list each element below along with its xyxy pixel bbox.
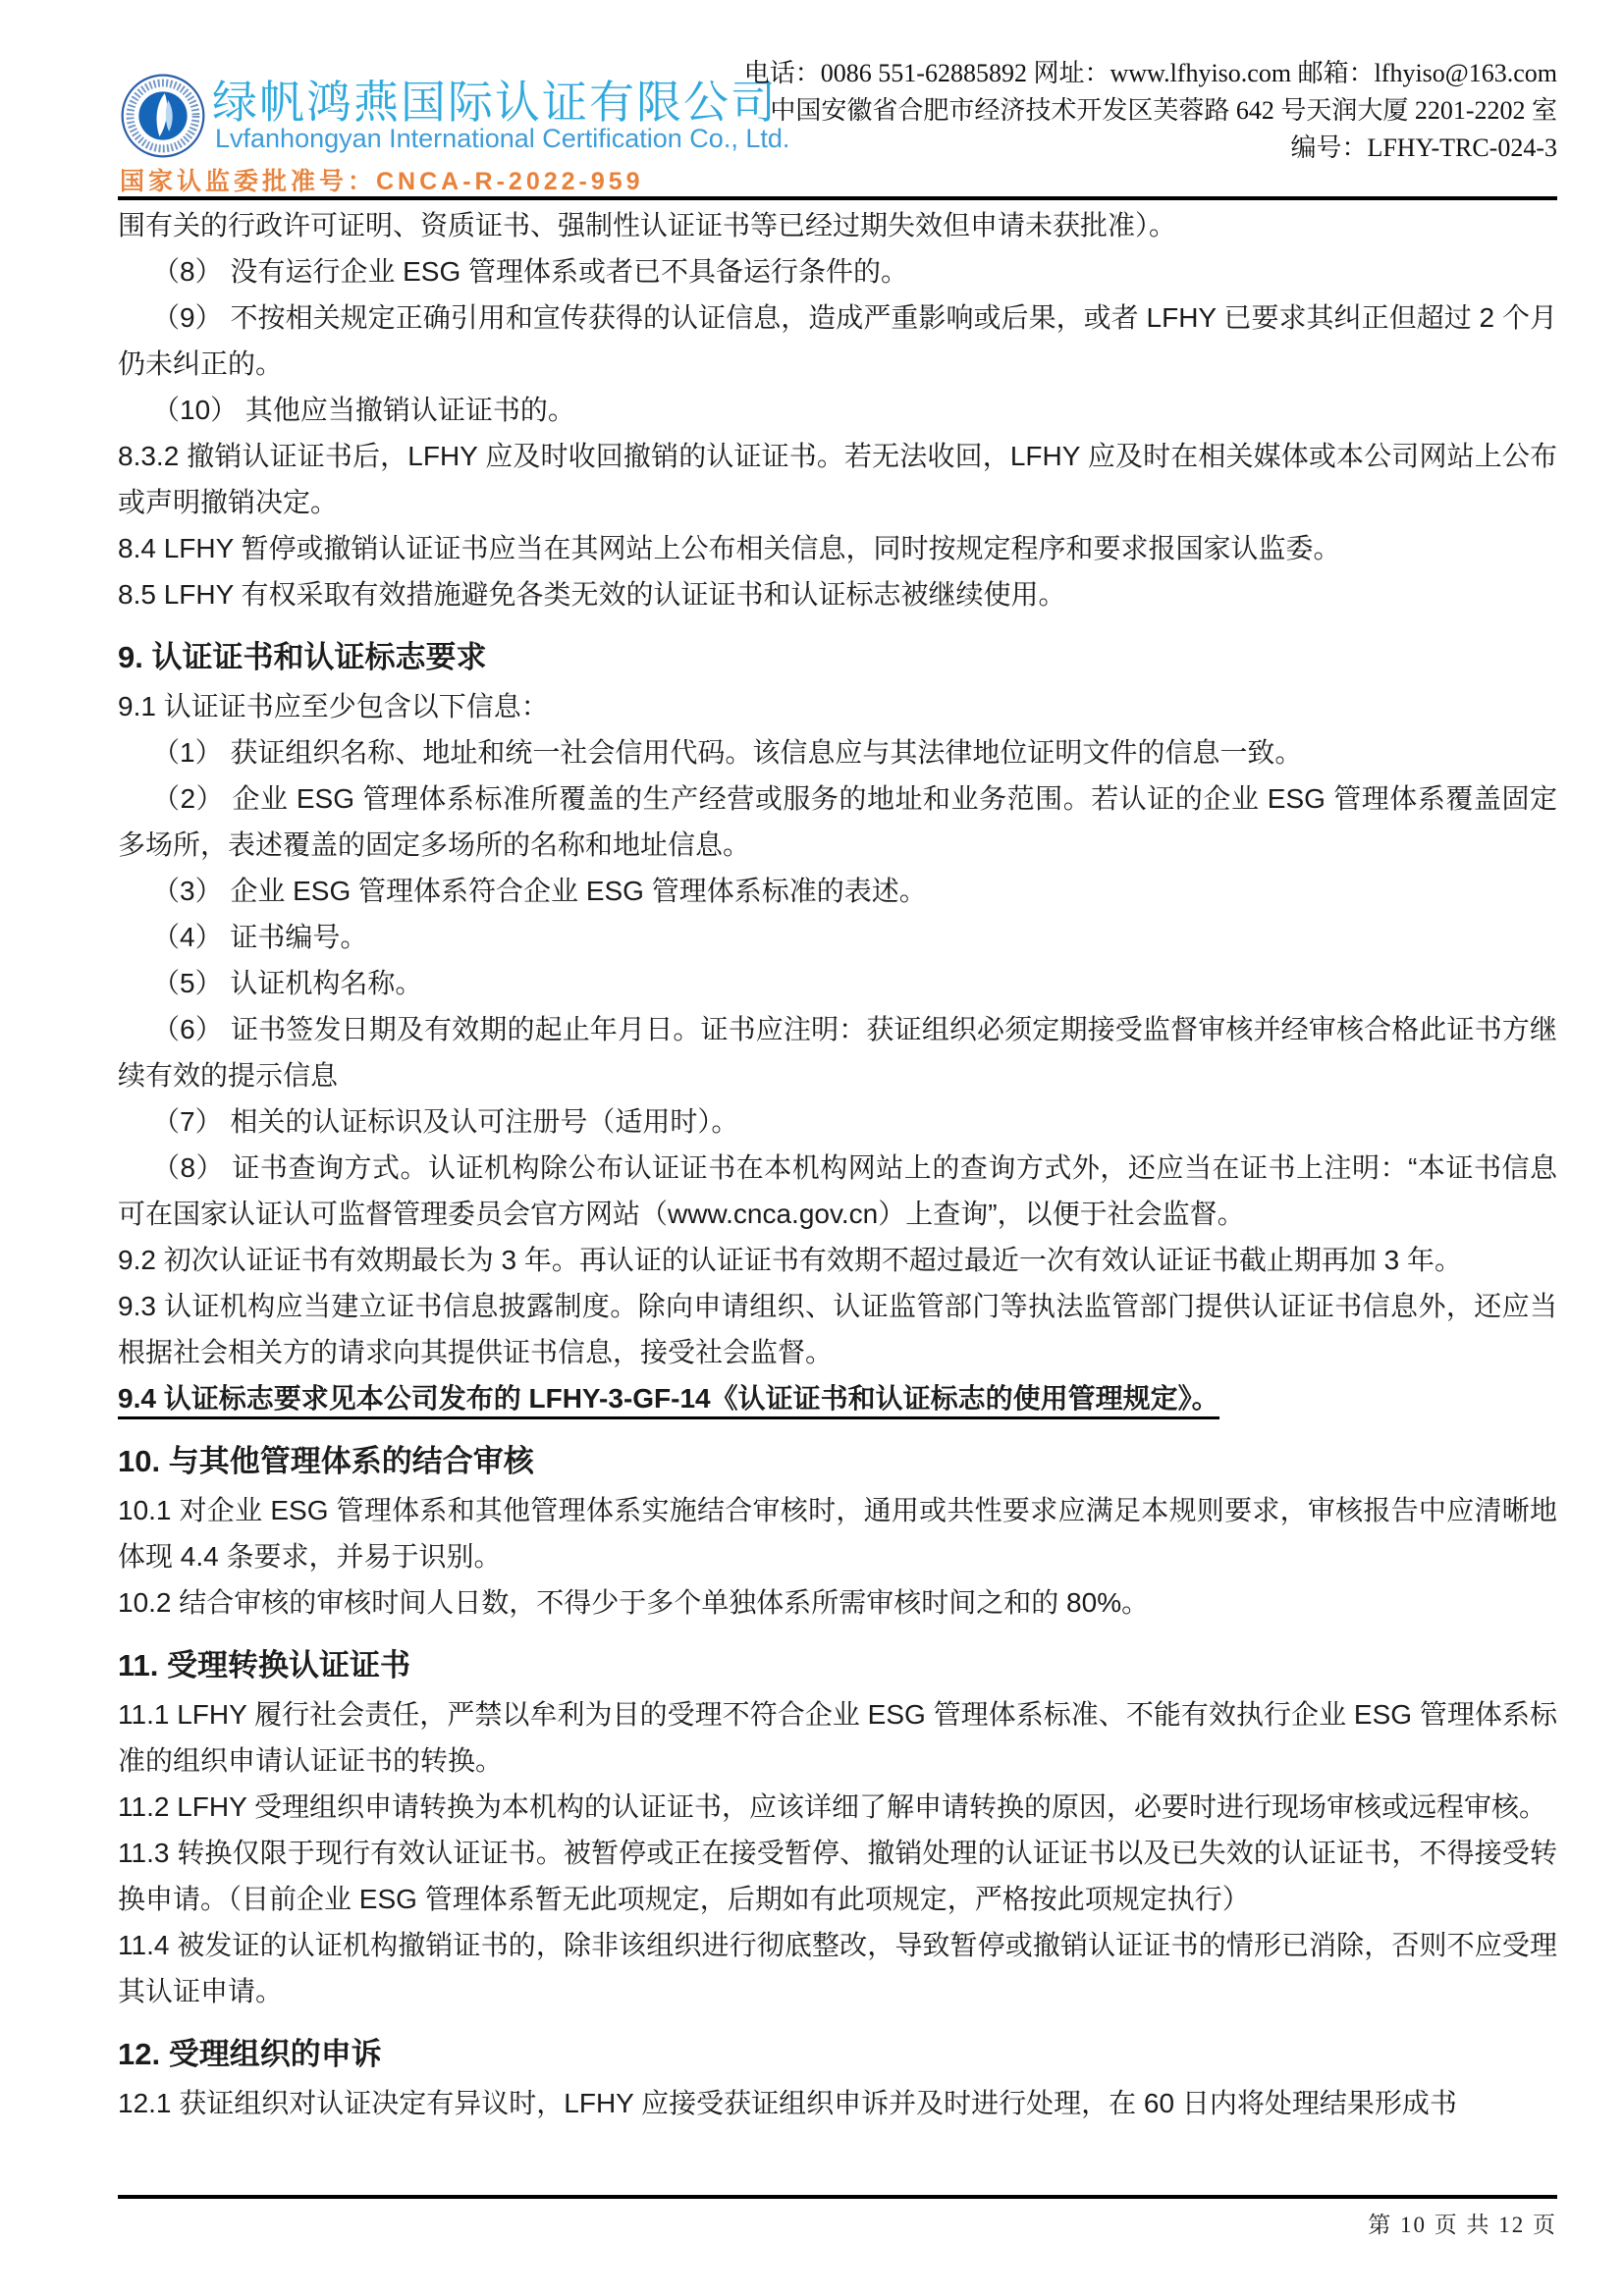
paragraph: 8.5 LFHY 有权采取有效措施避免各类无效的认证证书和认证标志被继续使用。 [118, 571, 1557, 617]
paragraph: 11.4 被发证的认证机构撤销证书的，除非该组织进行彻底整改，导致暂停或撤销认证… [118, 1922, 1557, 2014]
document-body: 围有关的行政许可证明、资质证书、强制性认证证书等已经过期失效但申请未获批准）。（… [118, 202, 1557, 2126]
page-footer: 第 10 页 共 12 页 [118, 2195, 1557, 2239]
company-logo-icon [120, 73, 206, 159]
section-heading: 12. 受理组织的申诉 [118, 2031, 1557, 2077]
company-name-cn: 绿帆鸿燕国际认证有限公司 [212, 67, 778, 132]
paragraph: （2） 企业 ESG 管理体系标准所覆盖的生产经营或服务的地址和业务范围。若认证… [118, 775, 1557, 868]
paragraph: 8.3.2 撤销认证证书后，LFHY 应及时收回撤销的认证证书。若无法收回，LF… [118, 433, 1557, 525]
approval-number: 国家认监委批准号：CNCA-R-2022-959 [120, 162, 644, 197]
paragraph: 围有关的行政许可证明、资质证书、强制性认证证书等已经过期失效但申请未获批准）。 [118, 202, 1557, 248]
paragraph: （6） 证书签发日期及有效期的起止年月日。证书应注明：获证组织必须定期接受监督审… [118, 1006, 1557, 1098]
paragraph: （7） 相关的认证标识及认可注册号（适用时）。 [118, 1098, 1557, 1145]
section-heading: 9. 认证证书和认证标志要求 [118, 634, 1557, 680]
paragraph: （9） 不按相关规定正确引用和宣传获得的认证信息，造成严重影响或后果，或者 LF… [118, 294, 1557, 387]
header-contact-block: 电话：0086 551-62885892 网址：www.lfhyiso.com … [744, 55, 1557, 167]
paragraph: （5） 认证机构名称。 [118, 960, 1557, 1006]
paragraph: 10.2 结合审核的审核时间人日数，不得少于多个单独体系所需审核时间之和的 80… [118, 1579, 1557, 1626]
document-header: 绿帆鸿燕国际认证有限公司 Lvfanhongyan International … [118, 0, 1557, 200]
document-page: 绿帆鸿燕国际认证有限公司 Lvfanhongyan International … [0, 0, 1624, 2296]
underlined-text: 9.4 认证标志要求见本公司发布的 LFHY-3-GF-14《认证证书和认证标志… [118, 1383, 1219, 1419]
paragraph: 11.2 LFHY 受理组织申请转换为本机构的认证证书，应该详细了解申请转换的原… [118, 1784, 1557, 1830]
paragraph: 11.1 LFHY 履行社会责任，严禁以牟利为目的受理不符合企业 ESG 管理体… [118, 1691, 1557, 1784]
paragraph: 9.3 认证机构应当建立证书信息披露制度。除向申请组织、认证监管部门等执法监管部… [118, 1283, 1557, 1375]
paragraph: 12.1 获证组织对认证决定有异议时，LFHY 应接受获证组织申诉并及时进行处理… [118, 2080, 1557, 2126]
paragraph: （8） 没有运行企业 ESG 管理体系或者已不具备运行条件的。 [118, 248, 1557, 294]
paragraph: 9.4 认证标志要求见本公司发布的 LFHY-3-GF-14《认证证书和认证标志… [118, 1375, 1557, 1421]
address-line: 中国安徽省合肥市经济技术开发区芙蓉路 642 号天润大厦 2201-2202 室 [744, 92, 1557, 130]
section-heading: 10. 与其他管理体系的结合审核 [118, 1438, 1557, 1484]
paragraph: 8.4 LFHY 暂停或撤销认证证书应当在其网站上公布相关信息，同时按规定程序和… [118, 525, 1557, 571]
company-name-en: Lvfanhongyan International Certification… [215, 124, 789, 154]
page-number: 第 10 页 共 12 页 [118, 2199, 1557, 2239]
paragraph: 9.2 初次认证证书有效期最长为 3 年。再认证的认证证书有效期不超过最近一次有… [118, 1237, 1557, 1283]
paragraph: 11.3 转换仅限于现行有效认证证书。被暂停或正在接受暂停、撤销处理的认证证书以… [118, 1830, 1557, 1922]
paragraph: （10） 其他应当撤销认证证书的。 [118, 387, 1557, 433]
paragraph: （8） 证书查询方式。认证机构除公布认证证书在本机构网站上的查询方式外，还应当在… [118, 1145, 1557, 1237]
paragraph: 9.1 认证证书应至少包含以下信息： [118, 683, 1557, 729]
contact-line: 电话：0086 551-62885892 网址：www.lfhyiso.com … [744, 55, 1557, 92]
section-heading: 11. 受理转换认证证书 [118, 1642, 1557, 1688]
paragraph: （3） 企业 ESG 管理体系符合企业 ESG 管理体系标准的表述。 [118, 868, 1557, 914]
paragraph: 10.1 对企业 ESG 管理体系和其他管理体系实施结合审核时，通用或共性要求应… [118, 1487, 1557, 1579]
document-number: 编号：LFHY-TRC-024-3 [744, 130, 1557, 167]
paragraph: （4） 证书编号。 [118, 914, 1557, 960]
paragraph: （1） 获证组织名称、地址和统一社会信用代码。该信息应与其法律地位证明文件的信息… [118, 729, 1557, 775]
